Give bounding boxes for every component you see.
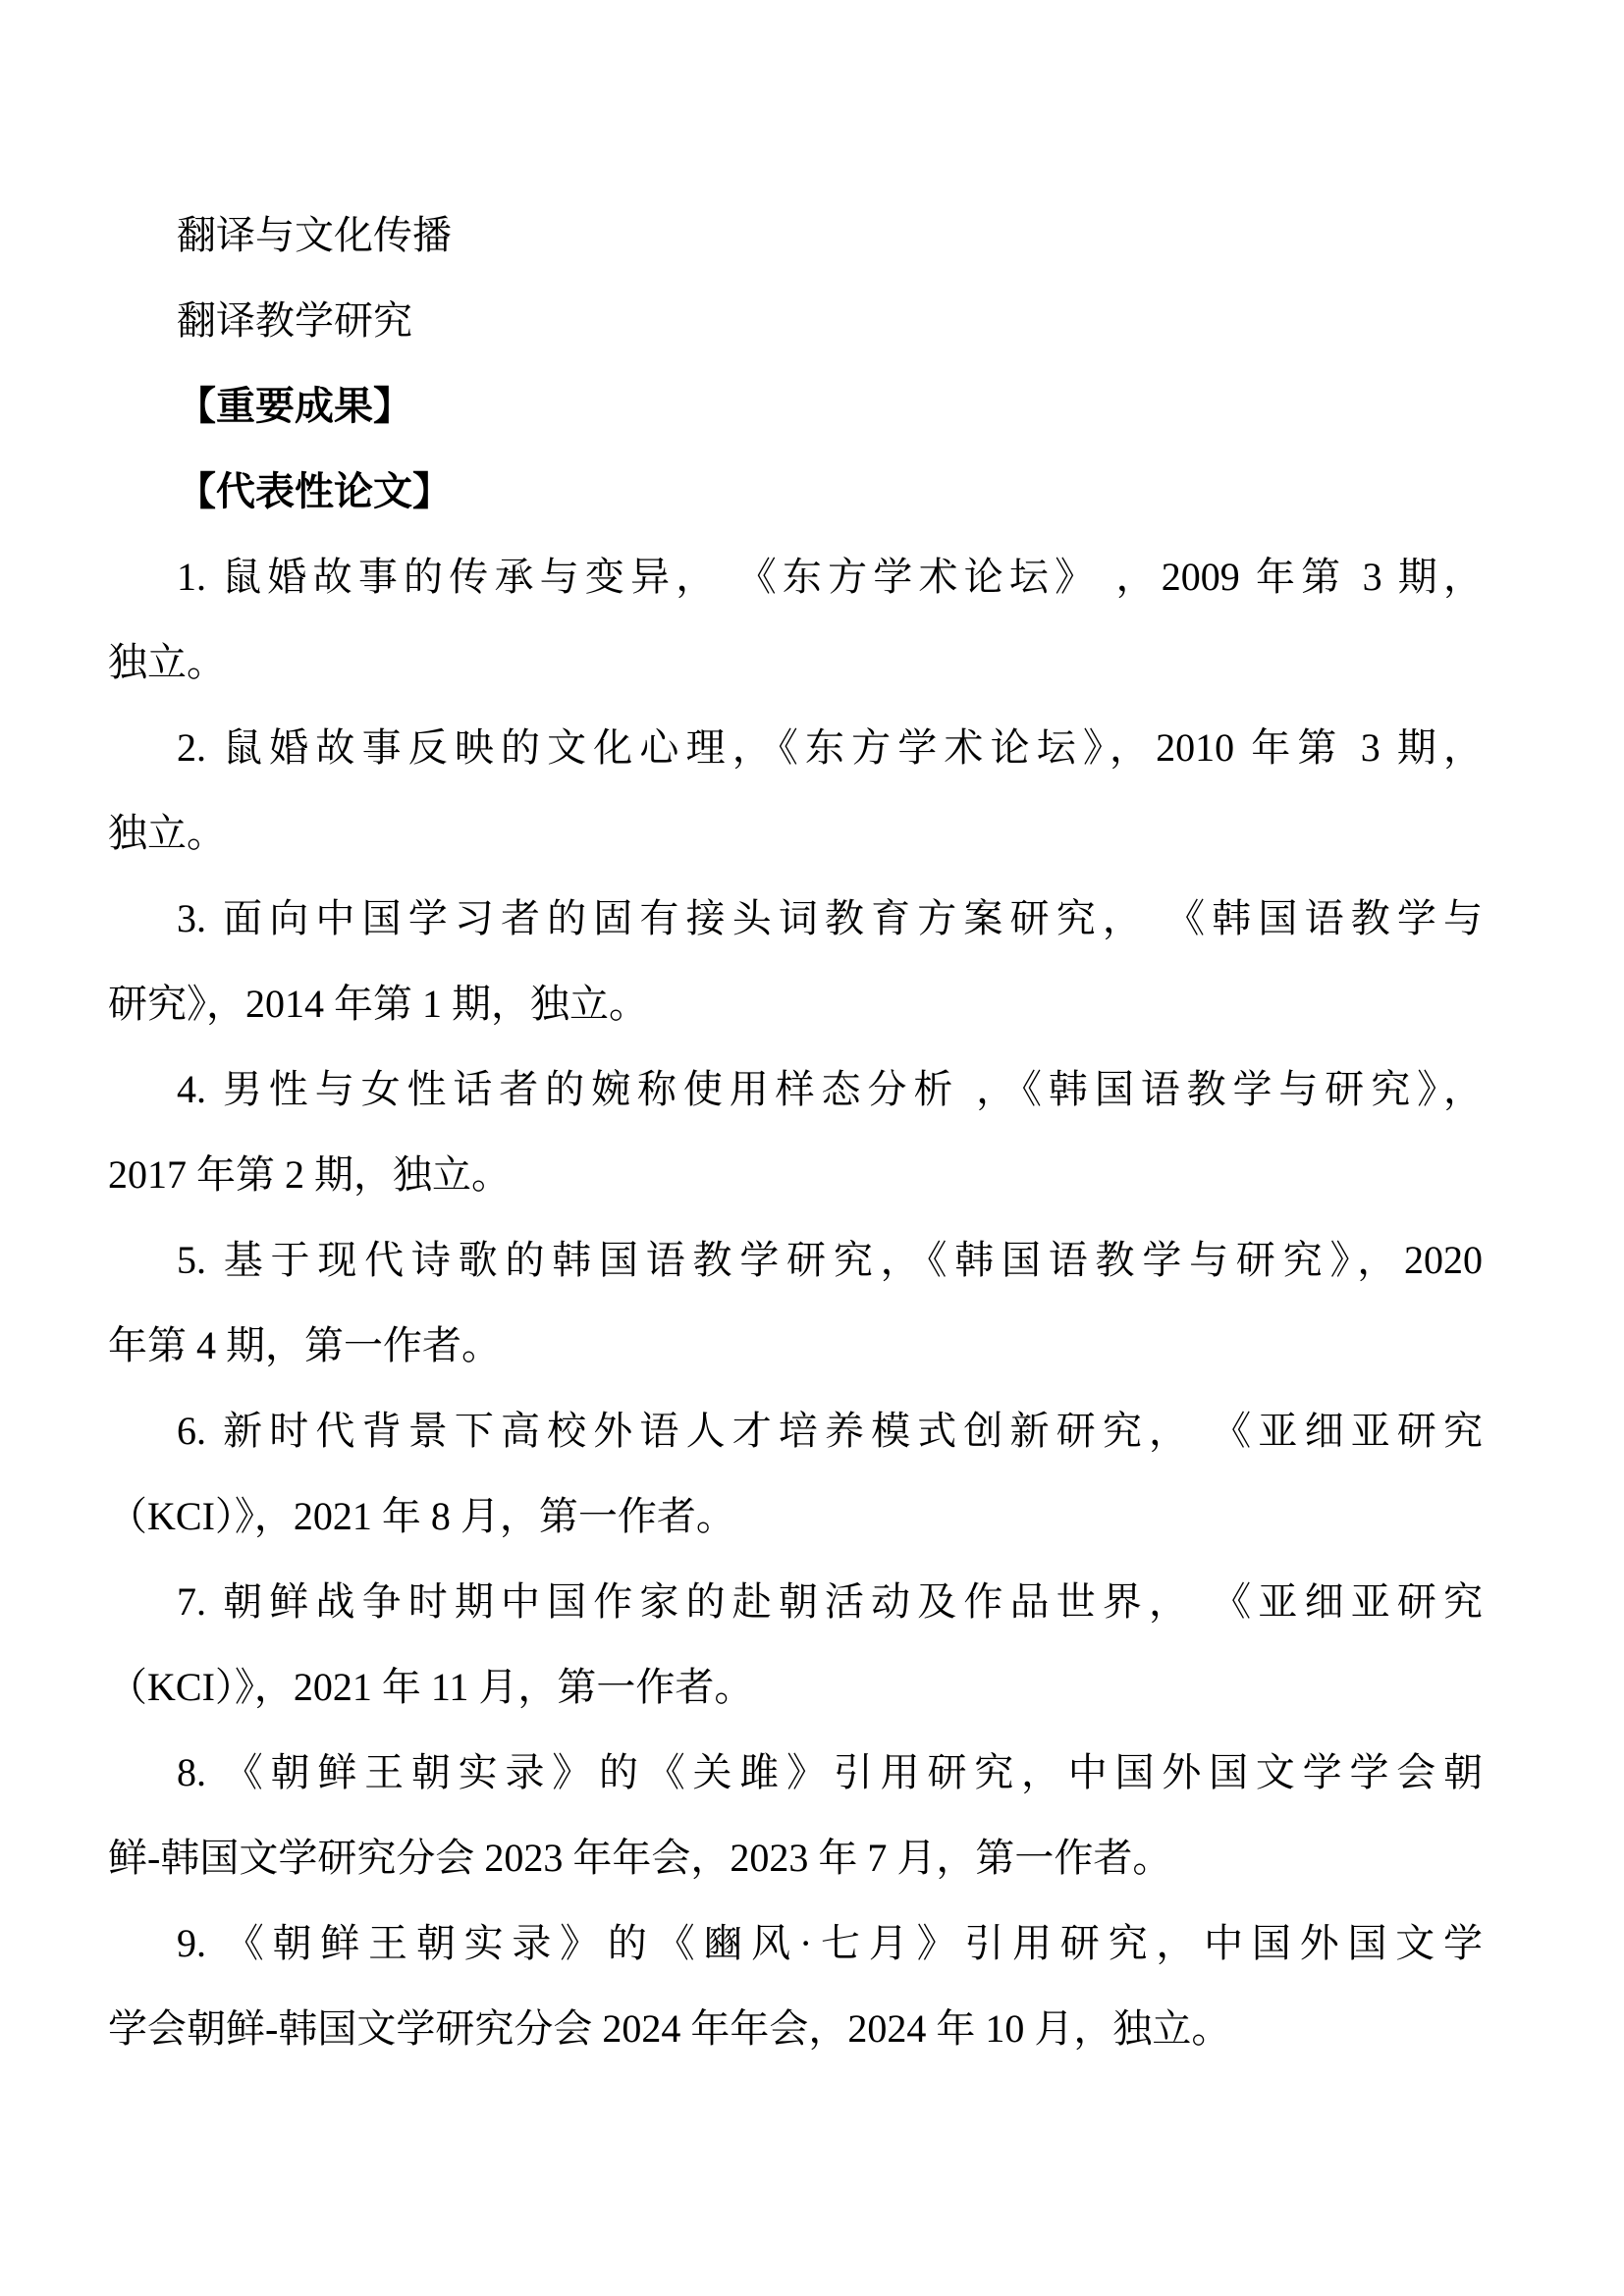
publication-line: 1. 鼠婚故事的传承与变异， 《东方学术论坛》 ，2009 年第 3 期， [108,534,1483,619]
publication-line: 年第 4 期，第一作者。 [108,1303,1483,1388]
publication-line: 2017 年第 2 期，独立。 [108,1132,1483,1217]
publication-line: 研究》，2014 年第 1 期，独立。 [108,961,1483,1046]
publication-line: 4. 男性与女性话者的婉称使用样态分析 ，《韩国语教学与研究》， [108,1046,1483,1132]
document-content: 翻译与文化传播翻译教学研究【重要成果】【代表性论文】1. 鼠婚故事的传承与变异，… [108,192,1483,2071]
publication-line: 9. 《朝鲜王朝实录》的《豳风·七月》引用研究，中国外国文学 [108,1900,1483,1986]
section-heading: 【重要成果】 [108,363,1483,449]
research-area-line: 翻译与文化传播 [108,192,1483,278]
publication-line: 3. 面向中国学习者的固有接头词教育方案研究， 《韩国语教学与 [108,876,1483,961]
document-page: 翻译与文化传播翻译教学研究【重要成果】【代表性论文】1. 鼠婚故事的传承与变异，… [0,0,1624,2296]
publication-line: 鲜-韩国文学研究分会 2023 年年会，2023 年 7 月，第一作者。 [108,1815,1483,1900]
publication-line: 6. 新时代背景下高校外语人才培养模式创新研究， 《亚细亚研究 [108,1388,1483,1473]
section-heading: 【代表性论文】 [108,449,1483,534]
publication-line: 2. 鼠婚故事反映的文化心理，《东方学术论坛》，2010 年第 3 期， [108,705,1483,790]
publication-line: （KCI）》，2021 年 11 月，第一作者。 [108,1644,1483,1730]
publication-line: 7. 朝鲜战争时期中国作家的赴朝活动及作品世界， 《亚细亚研究 [108,1559,1483,1644]
research-area-line: 翻译教学研究 [108,278,1483,363]
publication-line: 8. 《朝鲜王朝实录》的《关雎》引用研究，中国外国文学学会朝 [108,1730,1483,1815]
publication-line: 5. 基于现代诗歌的韩国语教学研究，《韩国语教学与研究》，2020 [108,1217,1483,1303]
publication-line: 独立。 [108,619,1483,705]
publication-line: 独立。 [108,790,1483,876]
publication-line: （KCI）》，2021 年 8 月，第一作者。 [108,1473,1483,1559]
publication-line: 学会朝鲜-韩国文学研究分会 2024 年年会，2024 年 10 月，独立。 [108,1986,1483,2071]
